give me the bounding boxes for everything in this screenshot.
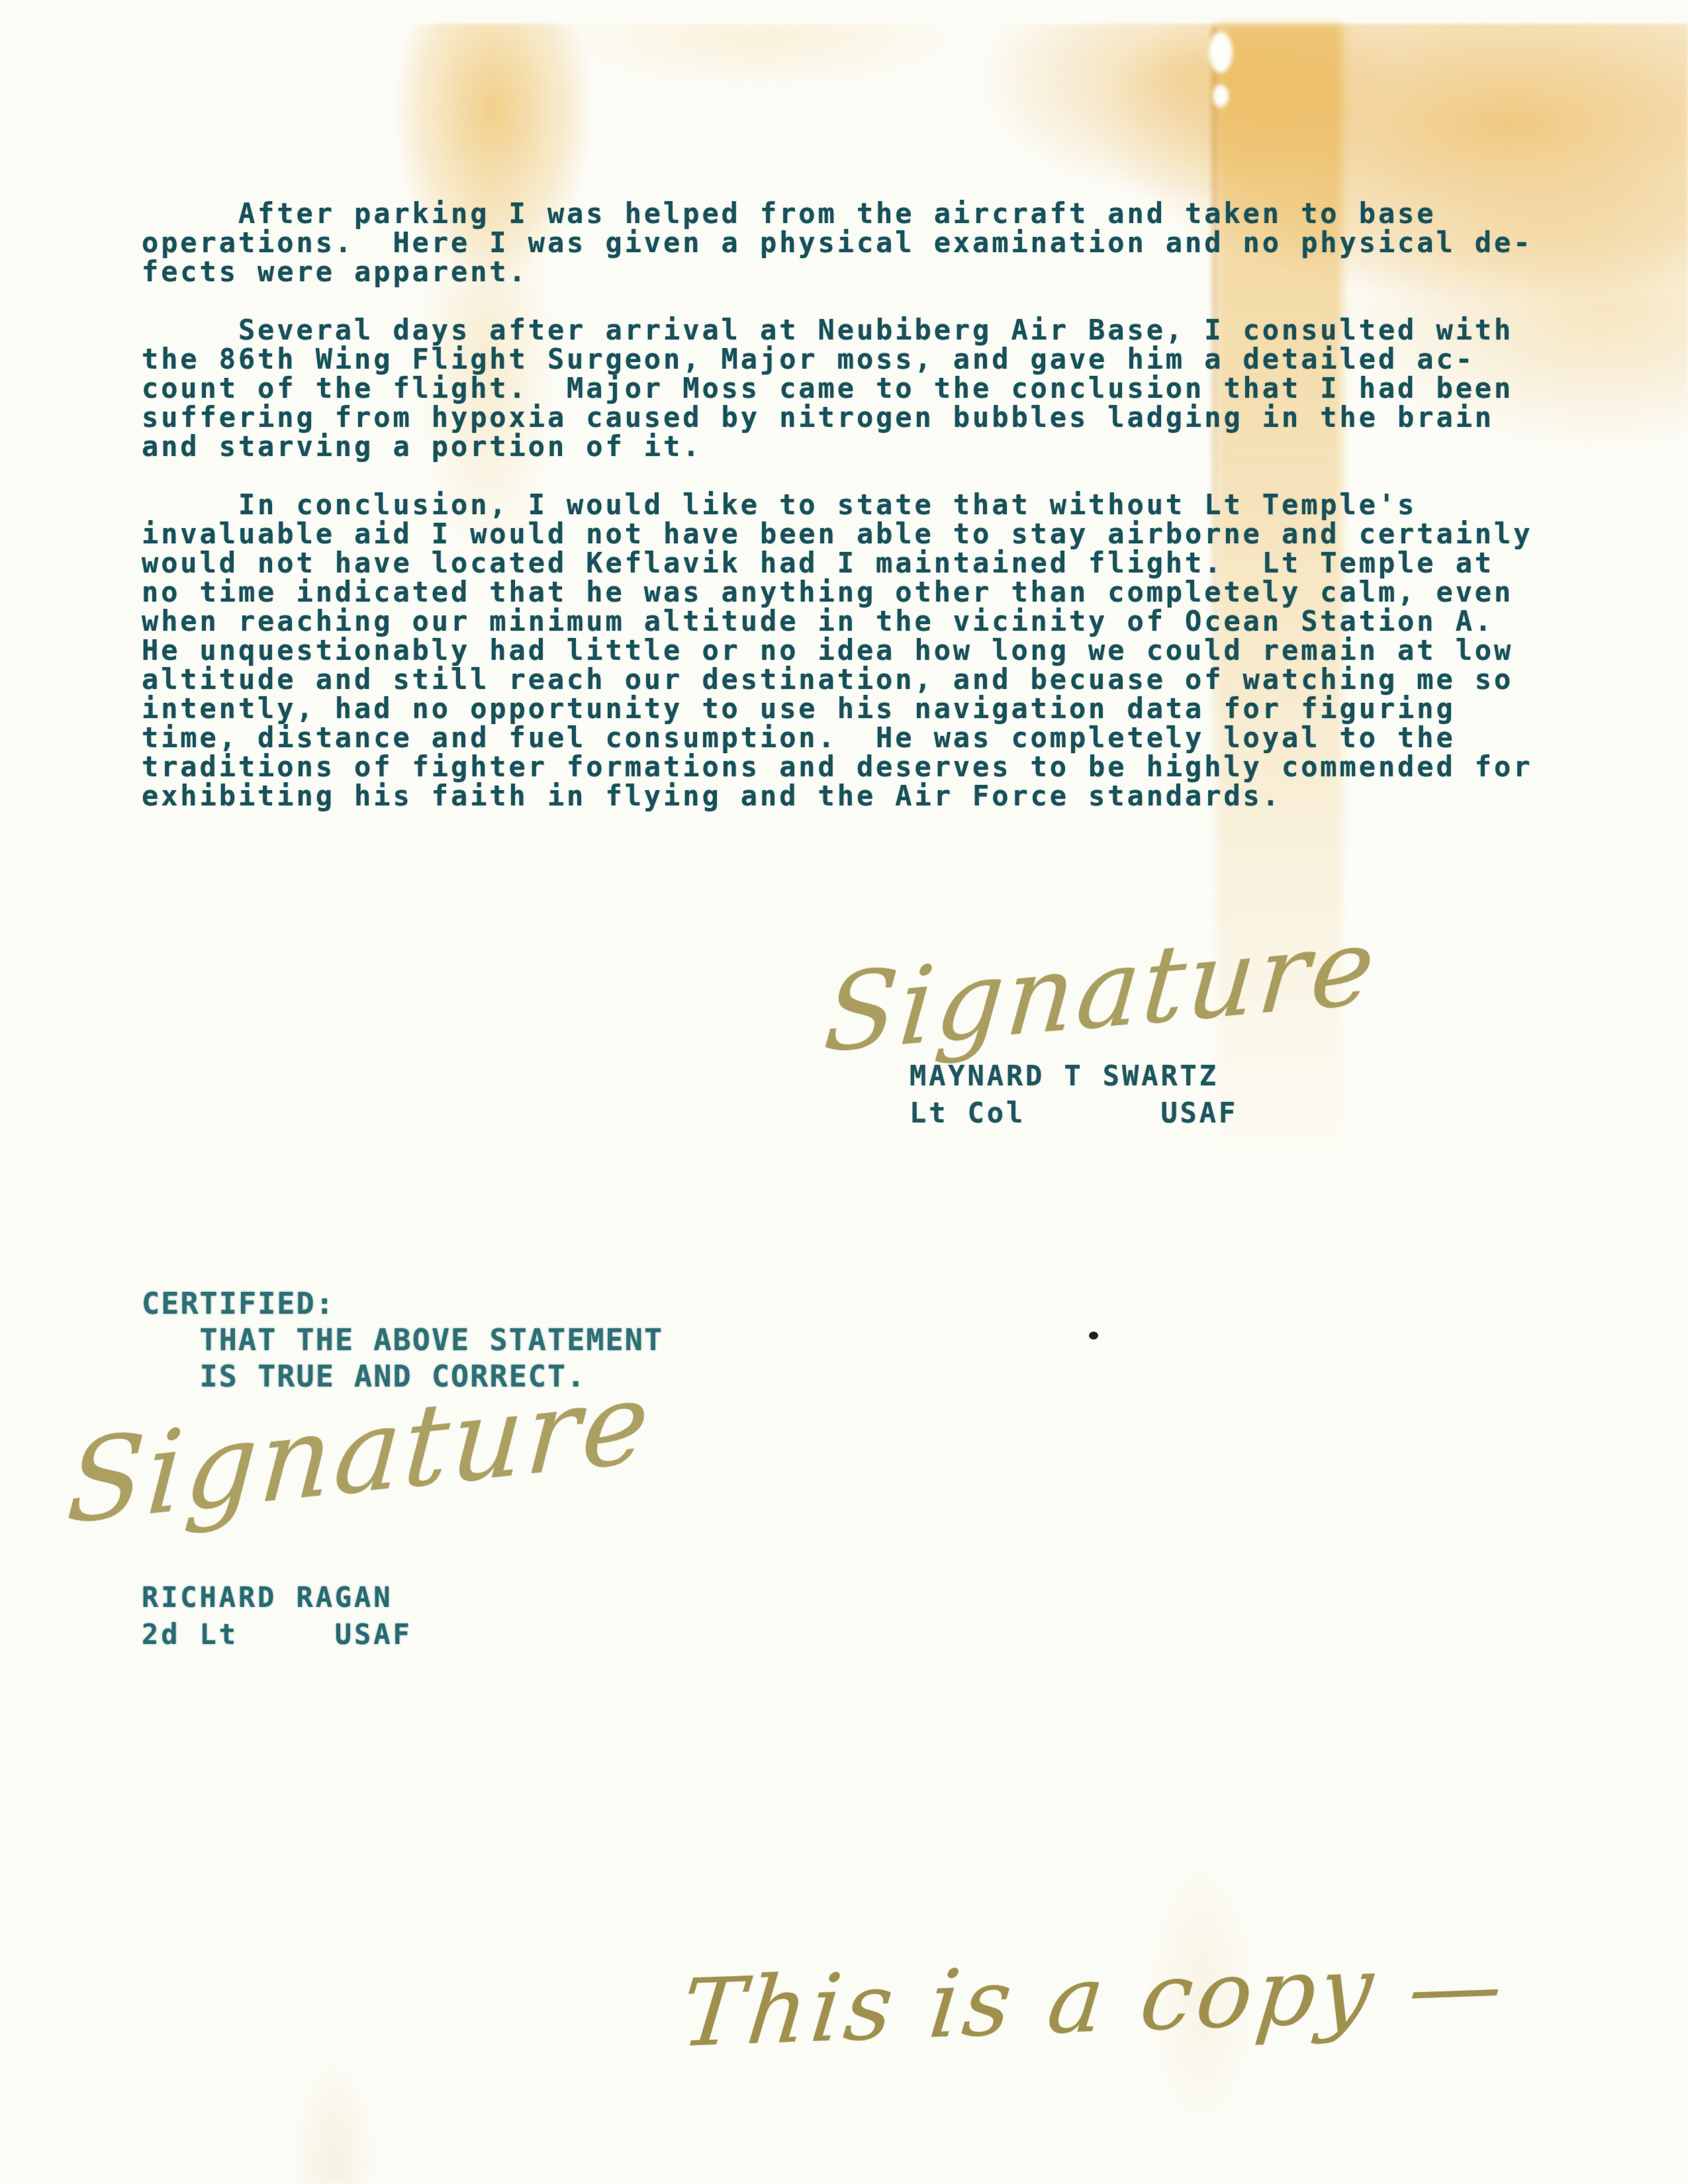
letter-body-text: After parking I was helped from the airc… — [142, 199, 1532, 811]
stain-white-notch — [1213, 85, 1229, 107]
handwritten-copy-note: This is a copy — — [677, 1931, 1512, 2068]
certification-statement-block: CERTIFIED: THAT THE ABOVE STATEMENT IS T… — [142, 1285, 663, 1394]
swartz-typed-name-block: MAYNARD T SWARTZ Lt Col USAF — [910, 1058, 1238, 1132]
ink-dot — [1089, 1332, 1098, 1340]
swartz-handwritten-signature: Signature — [820, 903, 1382, 1076]
stain-white-notch — [1209, 32, 1233, 73]
document-page: After parking I was helped from the airc… — [0, 0, 1688, 2184]
ragan-typed-name-block: RICHARD RAGAN 2d Lt USAF — [142, 1579, 412, 1653]
